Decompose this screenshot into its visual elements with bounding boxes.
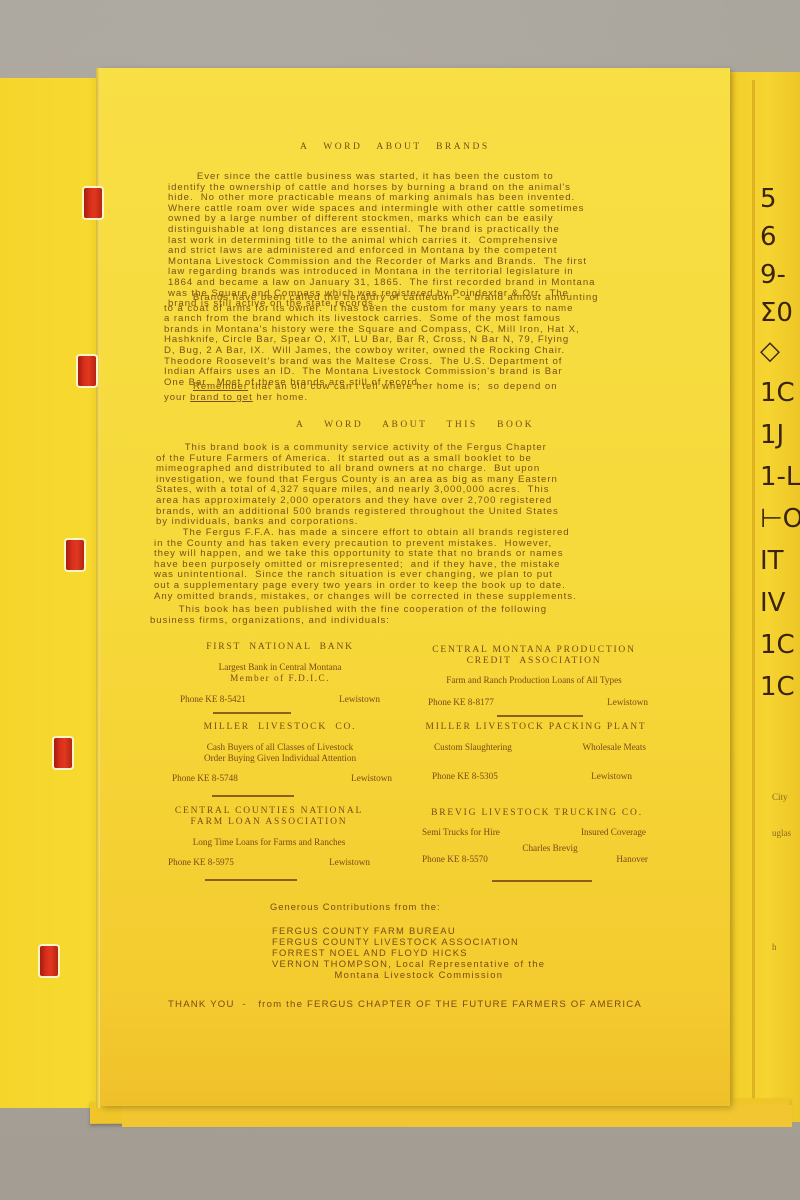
thank-you-line: THANK YOU - from the FERGUS CHAPTER OF T… — [168, 999, 642, 1010]
sponsor-central-montana-pca: CENTRAL MONTANA PRODUCTION CREDIT ASSOCI… — [416, 645, 652, 707]
sponsor-city: Lewistown — [339, 694, 380, 704]
sponsor-phone: Phone KE 8-5975 — [168, 857, 234, 867]
text-fragment: her home. — [253, 392, 308, 403]
paragraph-cooperation: This book has been published with the fi… — [150, 605, 547, 626]
handwritten-mark: 1J — [760, 416, 800, 454]
section-heading-book: A WORD ABOUT THIS BOOK — [296, 420, 534, 430]
sponsor-line: Order Buying Given Individual Attention — [160, 753, 400, 764]
handwritten-mark: IT — [760, 542, 800, 580]
handwritten-brand-tabs: 569-Σ0◇1C1J1-L⊢OITIV1C1C — [760, 180, 800, 706]
sponsor-service: Wholesale Meats — [582, 742, 646, 752]
sponsor-city: Lewistown — [351, 773, 392, 783]
divider-rule — [212, 795, 294, 797]
edge-text-fragment: uglas — [772, 828, 791, 838]
underlined-word: Remember — [193, 381, 248, 392]
binder-ring — [54, 738, 72, 768]
sponsor-miller-packing: MILLER LIVESTOCK PACKING PLANT Custom Sl… — [416, 722, 656, 781]
text-fragment: that an old cow can't tell where her hom… — [248, 381, 558, 392]
paragraph-remember: Remember that an old cow can't tell wher… — [164, 382, 558, 403]
sponsor-name: BREVIG LIVESTOCK TRUCKING CO. — [422, 808, 652, 819]
handwritten-mark: Σ0 — [760, 294, 800, 332]
sponsor-city: Lewistown — [329, 857, 370, 867]
contributors-list: FERGUS COUNTY FARM BUREAU FERGUS COUNTY … — [272, 925, 545, 980]
handwritten-mark: ◇ — [760, 332, 800, 370]
sponsor-line: Long Time Loans for Farms and Ranches — [164, 837, 374, 848]
sponsor-line: Member of F.D.I.C. — [180, 673, 380, 684]
sponsor-phone: Phone KE 8-5748 — [172, 773, 238, 783]
sponsor-city: Hanover — [616, 854, 648, 864]
divider-rule — [205, 879, 297, 881]
sponsor-name: MILLER LIVESTOCK PACKING PLANT — [416, 722, 656, 733]
handwritten-mark: 9- — [760, 256, 800, 294]
sponsor-name: CENTRAL MONTANA PRODUCTION CREDIT ASSOCI… — [416, 645, 652, 667]
paragraph-brands-history: Ever since the cattle business was start… — [168, 172, 595, 310]
divider-rule — [497, 715, 583, 717]
sponsor-phone: Phone KE 8-5421 — [180, 694, 246, 704]
binder-ring — [40, 946, 58, 976]
sponsor-miller-livestock: MILLER LIVESTOCK CO. Cash Buyers of all … — [160, 722, 400, 783]
divider-rule — [213, 712, 291, 714]
handwritten-mark: 6 — [760, 218, 800, 256]
underlined-phrase: brand to get — [190, 392, 253, 403]
paragraph-brands-heraldry: Brands have been called the heraldry of … — [164, 293, 598, 388]
sponsor-phone: Phone KE 8-5305 — [432, 771, 498, 781]
text-fragment: your — [164, 392, 190, 403]
edge-text-fragment: h — [772, 942, 777, 952]
back-page — [122, 1105, 792, 1127]
handwritten-mark: 1C — [760, 374, 800, 412]
binder-ring — [78, 356, 96, 386]
sponsor-central-counties-nfla: CENTRAL COUNTIES NATIONAL FARM LOAN ASSO… — [164, 806, 374, 867]
sponsor-name: CENTRAL COUNTIES NATIONAL FARM LOAN ASSO… — [164, 806, 374, 828]
handwritten-mark: ⊢O — [760, 500, 800, 538]
sponsor-city: Lewistown — [607, 697, 648, 707]
sponsor-contact: Charles Brevig — [422, 843, 652, 854]
sponsor-name: MILLER LIVESTOCK CO. — [160, 722, 400, 733]
sponsor-name: FIRST NATIONAL BANK — [180, 642, 380, 653]
sponsor-service: Insured Coverage — [581, 827, 646, 837]
sponsor-service: Semi Trucks for Hire — [422, 827, 500, 837]
sponsor-line: Cash Buyers of all Classes of Livestock — [160, 742, 400, 753]
paragraph-ffa-effort: The Fergus F.F.A. has made a sincere eff… — [154, 528, 577, 602]
handwritten-mark: 1C — [760, 626, 800, 664]
section-heading-brands: A WORD ABOUT BRANDS — [300, 142, 490, 152]
handwritten-mark: IV — [760, 584, 800, 622]
paragraph-book-intro: This brand book is a community service a… — [156, 443, 559, 528]
sponsor-line: Farm and Ranch Production Loans of All T… — [416, 675, 652, 686]
handwritten-mark: 5 — [760, 180, 800, 218]
binder-ring — [84, 188, 102, 218]
page-spine — [96, 68, 100, 1108]
sponsor-line: Largest Bank in Central Montana — [180, 662, 380, 673]
contributions-intro: Generous Contributions from the: — [270, 901, 441, 912]
binder-ring — [66, 540, 84, 570]
divider-rule — [492, 880, 592, 882]
handwritten-mark: 1-L — [760, 458, 800, 496]
edge-text-fragment: City — [772, 792, 788, 802]
sponsor-first-national-bank: FIRST NATIONAL BANK Largest Bank in Cent… — [180, 642, 380, 704]
sponsor-phone: Phone KE 8-8177 — [428, 697, 494, 707]
handwritten-mark: 1C — [760, 668, 800, 706]
page-edge-shadow — [752, 80, 755, 1110]
sponsor-service: Custom Slaughtering — [434, 742, 512, 752]
sponsor-phone: Phone KE 8-5570 — [422, 854, 488, 864]
sponsor-city: Lewistown — [591, 771, 632, 781]
sponsor-brevig-trucking: BREVIG LIVESTOCK TRUCKING CO. Semi Truck… — [422, 808, 652, 864]
